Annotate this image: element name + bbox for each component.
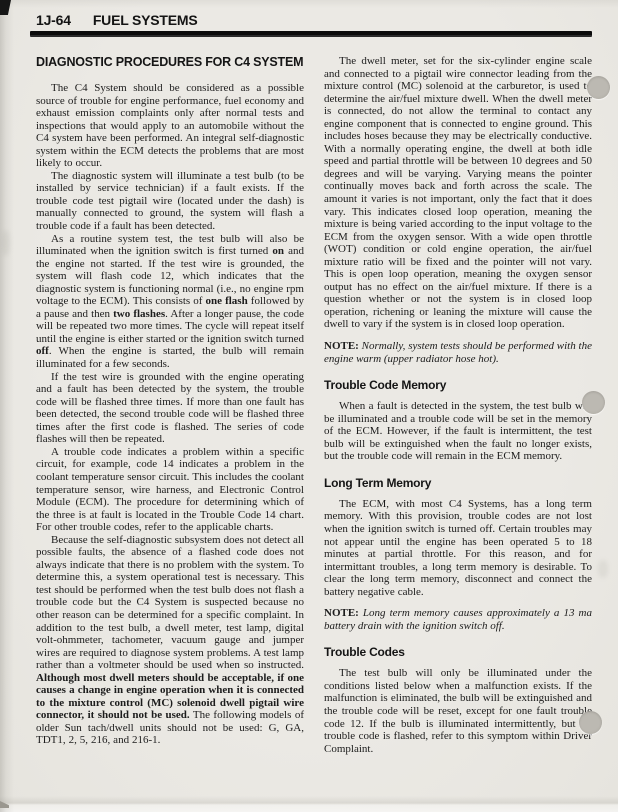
- page-number: 1J-64: [36, 12, 71, 28]
- sub-heading: Trouble Codes: [324, 645, 592, 659]
- text-segment: two flashes: [113, 308, 165, 320]
- scan-smudge: [598, 560, 608, 578]
- hole-punch: [579, 711, 602, 734]
- body-paragraph: As a routine system test, the test bulb …: [36, 233, 304, 371]
- header-rule: [30, 31, 592, 37]
- body-paragraph: The dwell meter, set for the six-cylinde…: [324, 55, 592, 331]
- scan-smudge: [2, 230, 10, 256]
- body-paragraph: If the test wire is grounded with the en…: [36, 371, 304, 446]
- body-paragraph: The C4 System should be considered as a …: [36, 82, 304, 170]
- body-paragraph: The ECM, with most C4 Systems, has a lon…: [324, 498, 592, 598]
- text-segment: Normally, system tests should be perform…: [324, 340, 592, 365]
- text-segment: off: [36, 345, 49, 357]
- scan-corner-artifact: [0, 0, 11, 15]
- text-segment: NOTE:: [324, 340, 359, 352]
- text-segment: If the test wire is grounded with the en…: [36, 371, 304, 446]
- text-segment: on: [272, 245, 284, 257]
- body-paragraph: Because the self-diagnostic subsystem do…: [36, 534, 304, 747]
- body-paragraph: The test bulb will only be illuminated u…: [324, 667, 592, 755]
- text-segment: . When the engine is started, the bulb w…: [36, 345, 304, 370]
- text-segment: Long term memory causes approximately a …: [324, 607, 592, 632]
- scanned-page: 1J-64FUEL SYSTEMS DIAGNOSTIC PROCEDURES …: [0, 0, 618, 812]
- text-segment: As a routine system test, the test bulb …: [36, 233, 304, 258]
- hole-punch: [587, 76, 610, 99]
- text-segment: one flash: [206, 295, 248, 307]
- sub-heading: Long Term Memory: [324, 476, 592, 490]
- right-column: The dwell meter, set for the six-cylinde…: [324, 55, 592, 755]
- sub-heading: Trouble Code Memory: [324, 378, 592, 392]
- text-segment: The test bulb will only be illuminated u…: [324, 667, 592, 754]
- text-segment: The ECM, with most C4 Systems, has a lon…: [324, 498, 592, 598]
- body-paragraph: The diagnostic system will illuminate a …: [36, 170, 304, 233]
- text-segment: Because the self-diagnostic subsystem do…: [36, 534, 304, 671]
- note-paragraph: NOTE: Long term memory causes approximat…: [324, 607, 592, 632]
- hole-punch: [582, 391, 605, 414]
- text-segment: A trouble code indicates a problem withi…: [36, 446, 304, 533]
- section-title: FUEL SYSTEMS: [93, 12, 198, 28]
- note-paragraph: NOTE: Normally, system tests should be p…: [324, 340, 592, 365]
- text-segment: NOTE:: [324, 607, 359, 619]
- page-header: 1J-64FUEL SYSTEMS: [36, 12, 198, 28]
- left-column: DIAGNOSTIC PROCEDURES FOR C4 SYSTEM The …: [36, 55, 304, 747]
- scan-edge-artifact: [0, 801, 9, 808]
- section-heading: DIAGNOSTIC PROCEDURES FOR C4 SYSTEM: [36, 55, 304, 69]
- text-segment: The dwell meter, set for the six-cylinde…: [324, 55, 592, 330]
- text-segment: The C4 System should be considered as a …: [36, 82, 304, 169]
- two-column-body: DIAGNOSTIC PROCEDURES FOR C4 SYSTEM The …: [36, 55, 592, 755]
- text-segment: When a fault is detected in the system, …: [324, 400, 592, 462]
- text-segment: The diagnostic system will illuminate a …: [36, 170, 304, 232]
- body-paragraph: A trouble code indicates a problem withi…: [36, 446, 304, 534]
- body-paragraph: When a fault is detected in the system, …: [324, 400, 592, 463]
